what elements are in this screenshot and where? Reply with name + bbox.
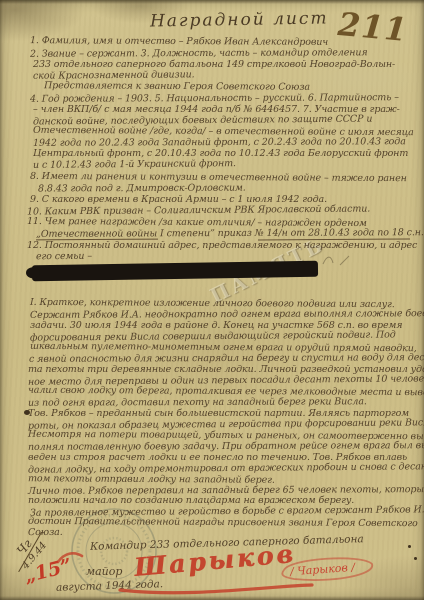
- document-title: Наградной лист: [150, 8, 329, 31]
- citation-line: полнял поставленную боевую задачу. При о…: [28, 440, 424, 453]
- citation-line: с явной опасностью для жизни снарядил на…: [29, 352, 424, 365]
- citation-line: том пехоты отправил лодку на западный бе…: [28, 473, 275, 486]
- citation-line: достоин Правительственной награды присво…: [28, 516, 418, 529]
- citation-line: положили начало по созданию плацдарма на…: [28, 495, 354, 506]
- form-line: 233 отдельного саперного батальона 149 с…: [33, 59, 395, 70]
- award-sheet-scan: Наградной лист 211 1. Фамилия, имя и отч…: [0, 0, 424, 600]
- faint-pencil-mark: [320, 252, 354, 268]
- form-line: 12. Постоянный домашний адрес, представл…: [27, 240, 417, 251]
- ink-blot: [24, 410, 30, 415]
- form-line: Представляется к званию Героя Советского…: [44, 80, 310, 93]
- form-line: 2. Звание – сержант. 3. Должность, часть…: [30, 47, 368, 59]
- form-line: и с 10.12.43 года 1-й Украинский фронт.: [33, 158, 236, 171]
- citation-line: из под огня врага, доставил пехоту на за…: [28, 396, 367, 408]
- form-line: 1942 года по 20.2.43 года Западный фронт…: [33, 136, 406, 149]
- form-line: 1. Фамилия, имя и отчество – Рябков Иван…: [30, 35, 328, 48]
- page-number: 211: [336, 5, 409, 49]
- form-line: его семьи –: [36, 251, 92, 262]
- form-line: 4. Год рождения – 1903. 5. Национальност…: [30, 92, 399, 105]
- form-line: 8.8.43 года под г. Дмитровск-Орловским.: [38, 183, 246, 195]
- citation-line: Сержант Рябков И.А. неоднократно под огн…: [30, 308, 424, 321]
